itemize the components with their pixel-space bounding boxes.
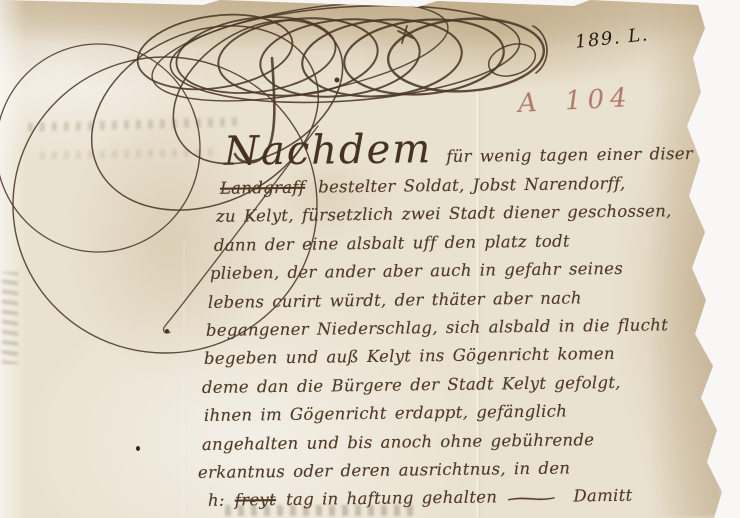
manuscript-line-text: Damitt — [573, 486, 632, 506]
manuscript-text: Nachdem für wenig tagen einer diser Land… — [196, 126, 696, 517]
manuscript-line: h: freyt tag in haftung gehalten ~ Damit… — [196, 485, 696, 518]
pen-swash: ~ — [500, 489, 564, 509]
manuscript-line-text: tag in haftung gehalten — [286, 488, 497, 510]
opening-word: Nachdem — [224, 126, 433, 175]
scan-background: 189. L. A 104 Nachdem für wenig tagen ei… — [0, 0, 740, 518]
archive-number-annotation: A 104 — [517, 83, 633, 119]
manuscript-line: Nachdem für wenig tagen einer diser — [196, 123, 697, 179]
manuscript-page: 189. L. A 104 Nachdem für wenig tagen ei… — [0, 0, 740, 518]
manuscript-line-text: bestelter Soldat, Jobst Narendorff, — [318, 174, 626, 197]
manuscript-line-text: h: — [208, 491, 225, 510]
struck-word: Landgraff — [220, 178, 305, 198]
manuscript-line-text: für wenig tagen einer diser — [446, 144, 693, 166]
struck-word: freyt — [235, 490, 276, 510]
